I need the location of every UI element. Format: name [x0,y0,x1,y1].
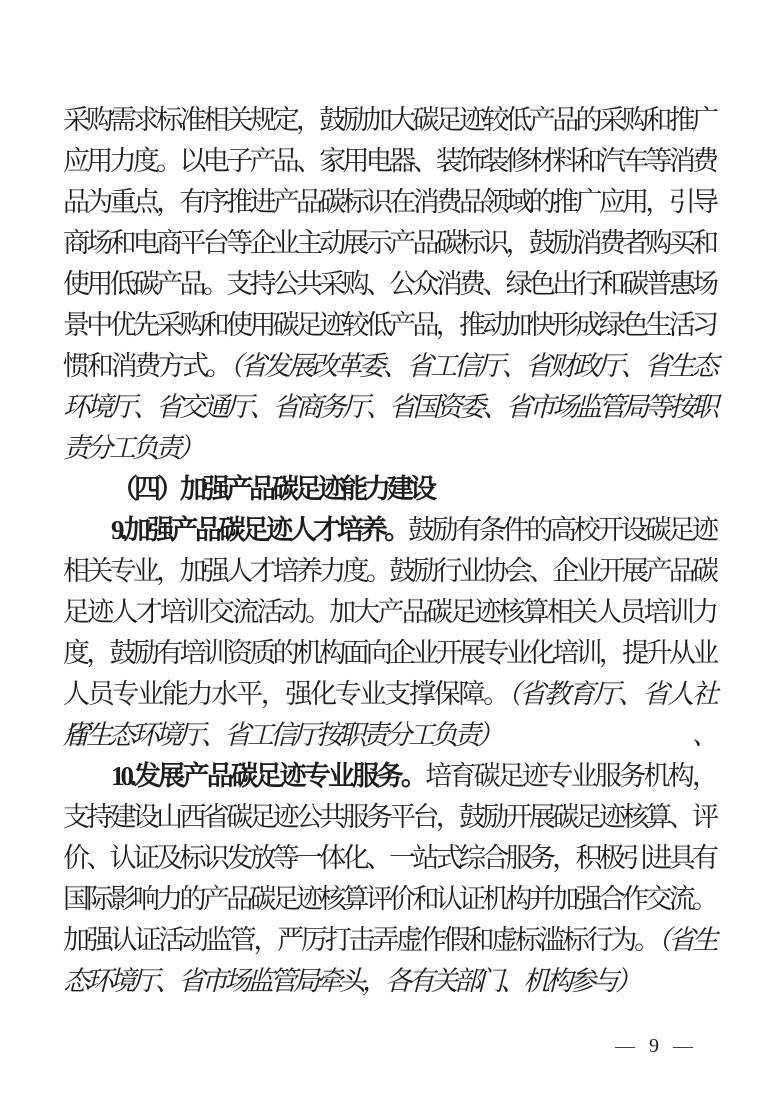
text-segment-body: 培育碳足迹专业服务机构， [425,761,715,791]
paragraph-line: 人员专业能力水平，强化专业支撑保障。（省教育厅、省人社厅、 [63,674,715,715]
text-segment-body: 足迹人才培训交流活动。加大产品碳足迹核算相关人员培训力 [63,597,715,627]
text-segment-body: 鼓励有条件的高校开设碳足迹 [408,515,715,545]
text-segment-bold: 9.加强产品碳足迹人才培养。 [111,515,408,545]
text-segment-body: 相关专业，加强人才培养力度。鼓励行业协会、企业开展产品碳 [63,556,715,586]
text-segment-body: 支持建设山西省碳足迹公共服务平台，鼓励开展碳足迹核算、评 [63,802,715,832]
text-segment-kai: （省发展改革委、省工信厅、省财政厅、省生态 [230,351,715,381]
paragraph-line: 9.加强产品碳足迹人才培养。鼓励有条件的高校开设碳足迹 [63,510,715,551]
text-segment-body: 国际影响力的产品碳足迹核算评价和认证机构并加强合作交流。 [63,884,715,914]
section-heading: （四）加强产品碳足迹能力建设 [63,469,715,510]
text-segment-body: 采购需求标准相关规定，鼓励加大碳足迹较低产品的采购和推广 [63,105,715,135]
page-number-value: 9 [635,1035,673,1057]
paragraph-line: 环境厅、省交通厅、省商务厅、省国资委、省市场监管局等按职 [63,387,715,428]
text-segment-body: 商场和电商平台等企业主动展示产品碳标识，鼓励消费者购买和 [63,228,715,258]
text-segment-body: 加强认证活动监管，严厉打击弄虚作假和虚标滥标行为。 [63,925,658,955]
text-segment-body: 品为重点，有序推进产品碳标识在消费品领域的推广应用，引导 [63,187,715,217]
page-number-right-dash: — [673,1035,693,1057]
text-segment-body: 人员专业能力水平，强化专业支撑保障。 [63,679,508,709]
paragraph-line: 景中优先采购和使用碳足迹较低产品，推动加快形成绿色生活习 [63,305,715,346]
text-segment-body: 度，鼓励有培训资质的机构面向企业开展专业化培训，提升从业 [63,638,715,668]
paragraph-line: 相关专业，加强人才培养力度。鼓励行业协会、企业开展产品碳 [63,551,715,592]
text-segment-body: 景中优先采购和使用碳足迹较低产品，推动加快形成绿色生活习 [63,310,715,340]
text-segment-bold: 10.发展产品碳足迹专业服务。 [111,761,425,791]
paragraph-line: 采购需求标准相关规定，鼓励加大碳足迹较低产品的采购和推广 [63,100,715,141]
paragraph-line: 足迹人才培训交流活动。加大产品碳足迹核算相关人员培训力 [63,592,715,633]
paragraph-line: 品为重点，有序推进产品碳标识在消费品领域的推广应用，引导 [63,182,715,223]
document-body: 采购需求标准相关规定，鼓励加大碳足迹较低产品的采购和推广应用力度。以电子产品、家… [63,100,715,1002]
text-segment-bold: （四）加强产品碳足迹能力建设 [111,474,433,504]
paragraph-line: 使用低碳产品。支持公共采购、公众消费、绿色出行和碳普惠场 [63,264,715,305]
paragraph-line: 10.发展产品碳足迹专业服务。培育碳足迹专业服务机构， [63,756,715,797]
text-segment-body: 使用低碳产品。支持公共采购、公众消费、绿色出行和碳普惠场 [63,269,715,299]
text-segment-kai: 责分工负责） [63,433,201,463]
text-segment-kai: 环境厅、省交通厅、省商务厅、省国资委、省市场监管局等按职 [63,392,715,422]
paragraph-line: 度，鼓励有培训资质的机构面向企业开展专业化培训，提升从业 [63,633,715,674]
text-segment-kai: 态环境厅、省市场监管局牵头，各有关部门、机构参与） [63,966,638,996]
page-number: —9— [615,1032,693,1060]
text-segment-body: 应用力度。以电子产品、家用电器、装饰装修材料和汽车等消费 [63,146,715,176]
text-segment-body: 惯和消费方式。 [63,351,230,381]
paragraph-line: 责分工负责） [63,428,715,469]
text-segment-kai: 省生态环境厅、省工信厅按职责分工负责） [63,720,500,750]
page-number-left-dash: — [615,1035,635,1057]
paragraph-line: 加强认证活动监管，严厉打击弄虚作假和虚标滥标行为。（省生 [63,920,715,961]
paragraph-line: 价、认证及标识发放等一体化、一站式综合服务，积极引进具有 [63,838,715,879]
text-segment-body: 价、认证及标识发放等一体化、一站式综合服务，积极引进具有 [63,843,715,873]
paragraph-line: 惯和消费方式。（省发展改革委、省工信厅、省财政厅、省生态 [63,346,715,387]
paragraph-line: 商场和电商平台等企业主动展示产品碳标识，鼓励消费者购买和 [63,223,715,264]
document-page: 采购需求标准相关规定，鼓励加大碳足迹较低产品的采购和推广应用力度。以电子产品、家… [0,0,777,1110]
paragraph-line: 国际影响力的产品碳足迹核算评价和认证机构并加强合作交流。 [63,879,715,920]
paragraph-line: 应用力度。以电子产品、家用电器、装饰装修材料和汽车等消费 [63,141,715,182]
text-segment-kai: （省生 [658,925,715,955]
paragraph-line: 态环境厅、省市场监管局牵头，各有关部门、机构参与） [63,961,715,1002]
paragraph-line: 支持建设山西省碳足迹公共服务平台，鼓励开展碳足迹核算、评 [63,797,715,838]
